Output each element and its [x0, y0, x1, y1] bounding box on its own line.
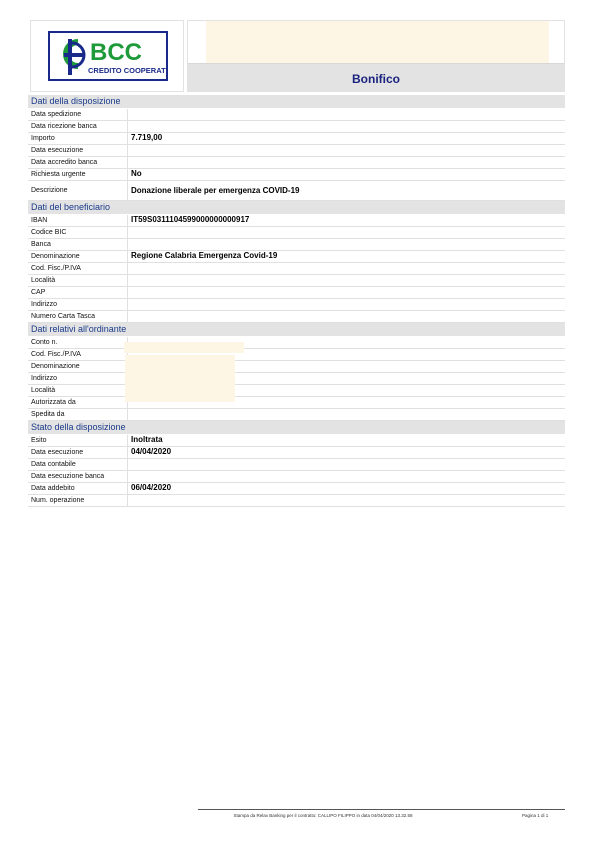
field-value — [128, 275, 565, 286]
title-bar: Bonifico — [188, 63, 564, 91]
field-value — [128, 145, 565, 156]
table-row: EsitoInoltrata — [28, 435, 565, 447]
field-value: Regione Calabria Emergenza Covid-19 — [128, 251, 565, 262]
table-row: Denominazione — [28, 361, 565, 373]
field-label: Località — [28, 385, 128, 396]
field-label: Descrizione — [28, 181, 128, 200]
table-row: Data spedizione — [28, 109, 565, 121]
field-label: Data spedizione — [28, 109, 128, 120]
field-value — [128, 459, 565, 470]
redacted-account-number — [124, 342, 244, 353]
field-value: No — [128, 169, 565, 180]
footer-print-note: Stampa da Relax Banking per il contratto… — [198, 813, 448, 818]
table-row: Codice BIC — [28, 227, 565, 239]
field-value: IT59S0311104599000000000917 — [128, 215, 565, 226]
field-label: Data esecuzione — [28, 447, 128, 458]
table-row: Località — [28, 385, 565, 397]
footer-divider — [198, 809, 565, 810]
field-value — [128, 157, 565, 168]
field-value — [128, 495, 565, 506]
document-header: Bonifico — [187, 20, 565, 92]
table-row: DescrizioneDonazione liberale per emerge… — [28, 181, 565, 201]
table-row: Importo7.719,00 — [28, 133, 565, 145]
table-row: Conto n. — [28, 337, 565, 349]
field-label: Indirizzo — [28, 299, 128, 310]
table-row: Numero Carta Tasca — [28, 311, 565, 323]
field-value: 7.719,00 — [128, 133, 565, 144]
field-label: Num. operazione — [28, 495, 128, 506]
field-label: Indirizzo — [28, 373, 128, 384]
field-label: Data contabile — [28, 459, 128, 470]
redacted-area — [206, 21, 549, 63]
bcc-logo: BCC CREDITO COOPERATIVO — [48, 31, 168, 81]
field-value — [128, 239, 565, 250]
field-value — [128, 121, 565, 132]
field-label: Data ricezione banca — [28, 121, 128, 132]
field-label: Cod. Fisc./P.IVA — [28, 349, 128, 360]
field-label: Località — [28, 275, 128, 286]
table-row: Data accredito banca — [28, 157, 565, 169]
section-header: Stato della disposizione — [28, 421, 565, 434]
table-row: Data esecuzione — [28, 145, 565, 157]
field-label: Spedita da — [28, 409, 128, 420]
field-value — [128, 311, 565, 322]
table-row: Indirizzo — [28, 299, 565, 311]
logo-subtitle: CREDITO COOPERATIVO — [88, 66, 166, 75]
field-label: Denominazione — [28, 361, 128, 372]
table-row: Banca — [28, 239, 565, 251]
table-row: Località — [28, 275, 565, 287]
section-header: Dati del beneficiario — [28, 201, 565, 214]
field-value — [128, 109, 565, 120]
table-row: Data addebito06/04/2020 — [28, 483, 565, 495]
field-label: Esito — [28, 435, 128, 446]
table-row: Autorizzata da — [28, 397, 565, 409]
section-header: Dati relativi all'ordinante — [28, 323, 565, 336]
table-row: Data contabile — [28, 459, 565, 471]
field-label: Richiesta urgente — [28, 169, 128, 180]
field-label: Autorizzata da — [28, 397, 128, 408]
field-value — [128, 227, 565, 238]
field-value — [128, 409, 565, 420]
field-value — [128, 471, 565, 482]
table-row: DenominazioneRegione Calabria Emergenza … — [28, 251, 565, 263]
field-value: Donazione liberale per emergenza COVID-1… — [128, 181, 565, 200]
field-label: Importo — [28, 133, 128, 144]
field-label: Conto n. — [28, 337, 128, 348]
field-value: Inoltrata — [128, 435, 565, 446]
field-value — [128, 287, 565, 298]
section-header: Dati della disposizione — [28, 95, 565, 108]
table-row: Data esecuzione banca — [28, 471, 565, 483]
redacted-ordering-party-details — [125, 355, 235, 402]
table-row: CAP — [28, 287, 565, 299]
field-value: 06/04/2020 — [128, 483, 565, 494]
table-row: Num. operazione — [28, 495, 565, 507]
field-label: Data esecuzione banca — [28, 471, 128, 482]
field-label: CAP — [28, 287, 128, 298]
footer-page-number: Pagina 1 di 1 — [522, 813, 572, 818]
table-row: Spedita da — [28, 409, 565, 421]
table-row: IBANIT59S0311104599000000000917 — [28, 215, 565, 227]
field-label: Cod. Fisc./P.IVA — [28, 263, 128, 274]
field-value — [128, 299, 565, 310]
disposition-table: Dati della disposizioneData spedizioneDa… — [28, 95, 565, 507]
table-row: Indirizzo — [28, 373, 565, 385]
table-row: Cod. Fisc./P.IVA — [28, 349, 565, 361]
table-row: Data esecuzione04/04/2020 — [28, 447, 565, 459]
field-label: Denominazione — [28, 251, 128, 262]
field-value: 04/04/2020 — [128, 447, 565, 458]
svg-text:BCC: BCC — [90, 39, 142, 66]
document-title: Bonifico — [188, 72, 564, 86]
table-row: Richiesta urgenteNo — [28, 169, 565, 181]
field-label: Banca — [28, 239, 128, 250]
field-label: Data addebito — [28, 483, 128, 494]
field-label: Data accredito banca — [28, 157, 128, 168]
table-row: Cod. Fisc./P.IVA — [28, 263, 565, 275]
field-label: Data esecuzione — [28, 145, 128, 156]
logo-box: BCC CREDITO COOPERATIVO — [30, 20, 184, 92]
field-value — [128, 263, 565, 274]
table-row: Data ricezione banca — [28, 121, 565, 133]
bcc-emblem-icon — [64, 39, 84, 75]
field-label: Codice BIC — [28, 227, 128, 238]
field-label: IBAN — [28, 215, 128, 226]
field-label: Numero Carta Tasca — [28, 311, 128, 322]
